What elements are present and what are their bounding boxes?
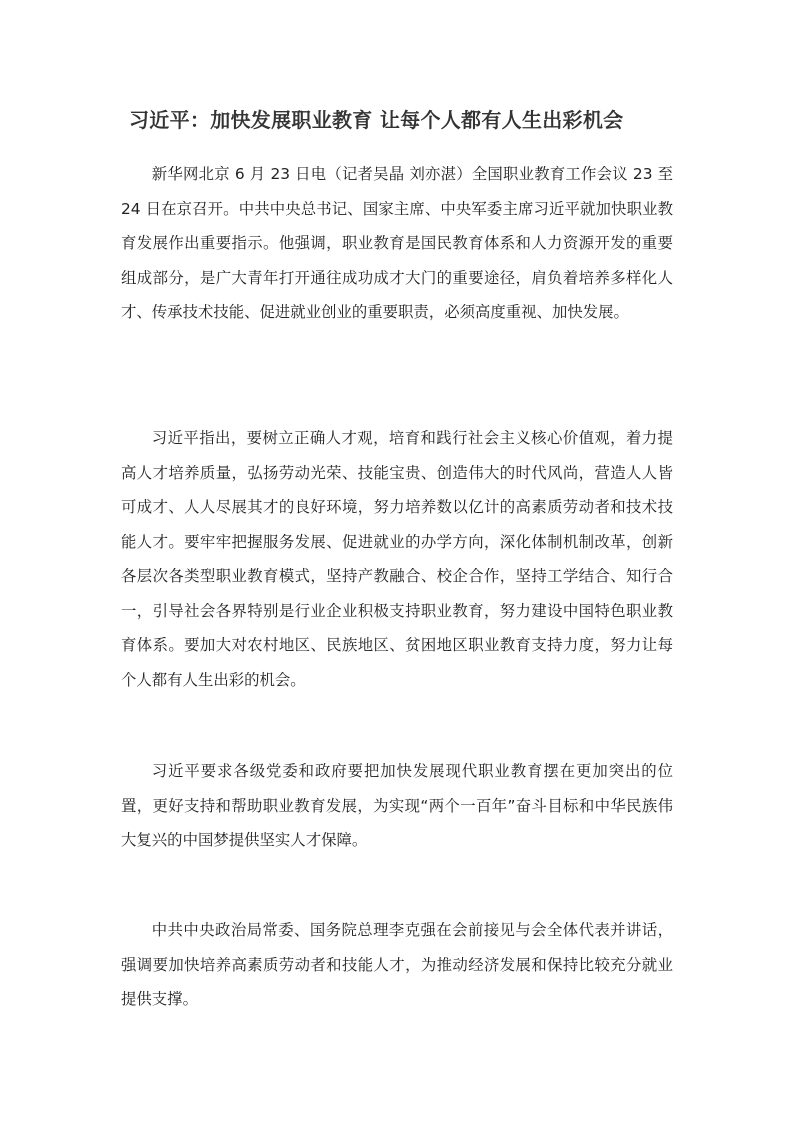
- paragraph-2: 习近平指出，要树立正确人才观，培育和践行社会主义核心价值观，着力提高人才培养质量…: [121, 421, 673, 697]
- paragraph-4: 中共中央政治局常委、国务院总理李克强在会前接见与会全体代表并讲话，强调要加快培养…: [121, 913, 673, 1017]
- article-title: 习近平：加快发展职业教育 让每个人都有人生出彩机会: [129, 104, 689, 133]
- paragraph-3: 习近平要求各级党委和政府要把加快发展现代职业教育摆在更加突出的位置，更好支持和帮…: [121, 754, 673, 858]
- paragraph-1: 新华网北京 6 月 23 日电（记者吴晶 刘亦湛）全国职业教育工作会议 23 至…: [121, 157, 673, 330]
